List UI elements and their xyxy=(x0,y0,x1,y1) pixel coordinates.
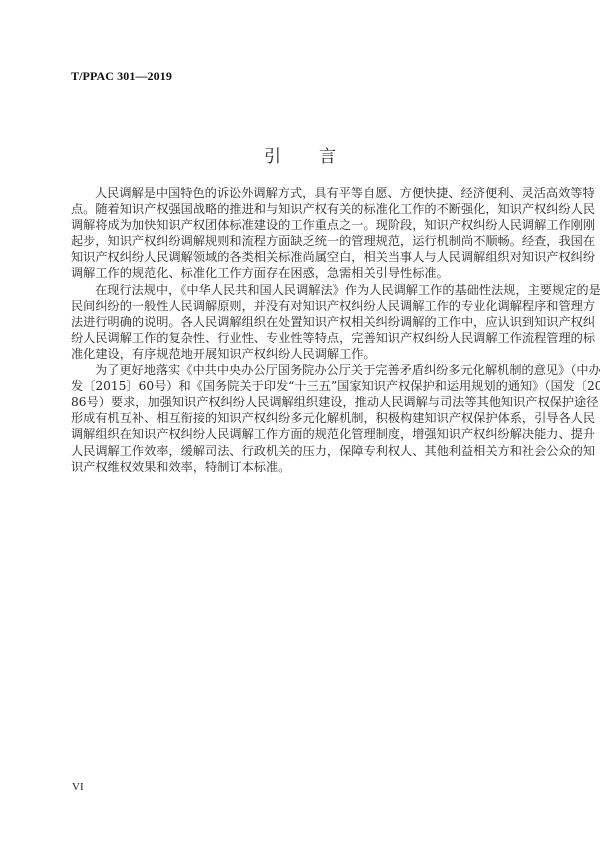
paragraph-2: 在现行法规中，《中华人民共和国人民调解法》作为人民调解工作的基础性法规，主要规定… xyxy=(71,282,542,362)
text-line: 调解将成为加快知识产权团体标准建设的工作重点之一。现阶段，知识产权纠纷人民调解工… xyxy=(71,217,542,233)
text-line: 形成有机互补、相互衔接的知识产权纠纷多元化解机制，积极构建知识产权保护体系，引导… xyxy=(71,410,542,426)
section-title: 引言 xyxy=(0,142,600,167)
body-text: 人民调解是中国特色的诉讼外调解方式，具有平等自愿、方便快捷、经济便利、灵活高效等… xyxy=(71,185,542,475)
text-line: 调解工作的规范化、标准化工作方面存在困惑，急需相关引导性标准。 xyxy=(71,265,542,281)
text-line: 发〔2015〕60号）和《国务院关于印发“十三五”国家知识产权保护和运用规划的通… xyxy=(71,378,542,394)
text-line: 人民调解是中国特色的诉讼外调解方式，具有平等自愿、方便快捷、经济便利、灵活高效等… xyxy=(71,185,542,201)
text-line: 民间纠纷的一般性人民调解原则，并没有对知识产权纠纷人民调解工作的专业化调解程序和… xyxy=(71,298,542,314)
text-line: 在现行法规中，《中华人民共和国人民调解法》作为人民调解工作的基础性法规，主要规定… xyxy=(71,282,542,298)
page-number: VI xyxy=(72,781,84,793)
paragraph-1: 人民调解是中国特色的诉讼外调解方式，具有平等自愿、方便快捷、经济便利、灵活高效等… xyxy=(71,185,542,282)
text-line: 起步，知识产权纠纷调解规则和流程方面缺乏统一的管理规范，运行机制尚不顺畅。经查，… xyxy=(71,233,542,249)
text-line: 纷人民调解工作的复杂性、行业性、专业性等特点，完善知识产权纠纷人民调解工作流程管… xyxy=(71,330,542,346)
text-line: 调解组织在知识产权纠纷人民调解工作方面的规范化管理制度，增强知识产权纠纷解决能力… xyxy=(71,426,542,442)
text-line: 知识产权纠纷人民调解领域的各类相关标准尚属空白，相关当事人与人民调解组织对知识产… xyxy=(71,249,542,265)
text-line: 为了更好地落实《中共中央办公厅国务院办公厅关于完善矛盾纠纷多元化解机制的意见》（… xyxy=(71,362,542,378)
text-line: 86号）要求，加强知识产权纠纷人民调解组织建设，推动人民调解与司法等其他知识产权… xyxy=(71,394,542,410)
document-code: T/PPAC 301—2019 xyxy=(71,69,172,84)
text-line: 识产权维权效果和效率，特制订本标准。 xyxy=(71,459,542,475)
text-line: 准化建设，有序规范地开展知识产权纠纷人民调解工作。 xyxy=(71,346,542,362)
text-line: 人民调解工作效率，缓解司法、行政机关的压力，保障专利权人、其他利益相关方和社会公… xyxy=(71,443,542,459)
text-line: 法进行明确的说明。各人民调解组织在处置知识产权相关纠纷调解的工作中，应认识到知识… xyxy=(71,314,542,330)
text-line: 点。随着知识产权强国战略的推进和与知识产权有关的标准化工作的不断强化，知识产权纠… xyxy=(71,201,542,217)
paragraph-3: 为了更好地落实《中共中央办公厅国务院办公厅关于完善矛盾纠纷多元化解机制的意见》（… xyxy=(71,362,542,475)
